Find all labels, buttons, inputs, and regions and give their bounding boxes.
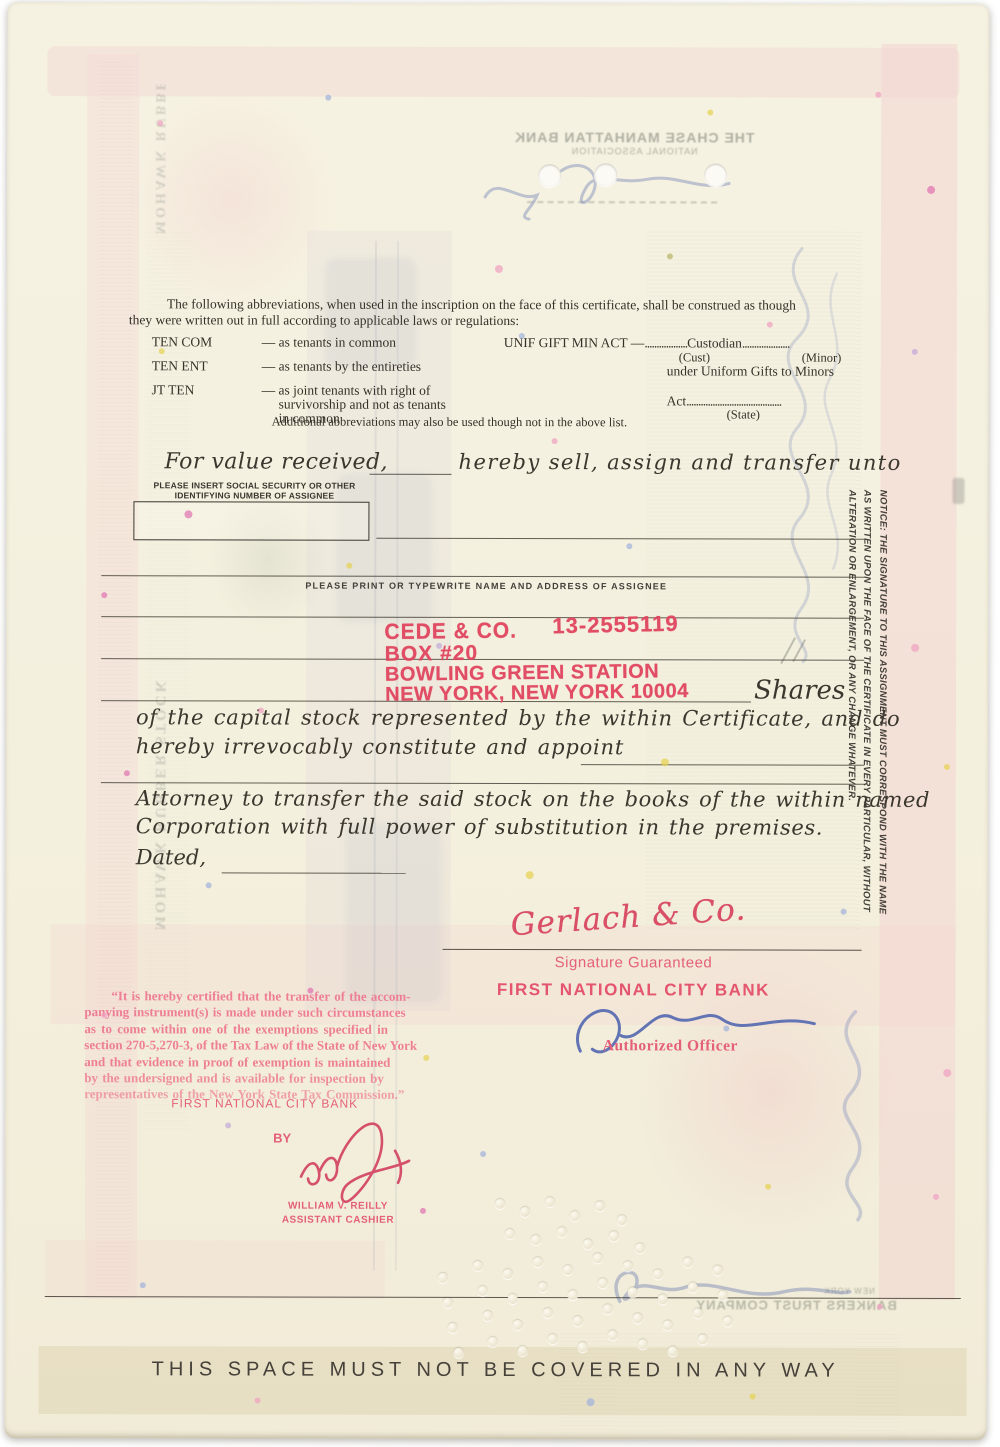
hatch-bottom (560, 1333, 900, 1434)
pink-band-top (47, 46, 959, 98)
abbrev-def-ten-com: — as tenants in common (262, 335, 396, 351)
act-dots: ........................................ (686, 393, 781, 408)
abbrev-term-ten-com: TEN COM (152, 334, 212, 350)
speckle (750, 1394, 756, 1400)
punch-hole-3 (704, 163, 727, 186)
embossed-perforation-dot (513, 1320, 523, 1330)
speckle (626, 543, 632, 549)
tax-stamp-line-4: section 270-5,270-3, of the Tax Law of t… (84, 1037, 417, 1054)
tax-stamp-bank-name: FIRST NATIONAL CITY BANK (171, 1096, 358, 1110)
intro-line-1: The following abbreviations, when used i… (167, 296, 796, 313)
assignee-line-4[interactable] (101, 658, 864, 661)
speckle (912, 349, 918, 355)
embossed-perforation-dot (443, 1298, 453, 1308)
attorney-line-1: Attorney to transfer the said stock on t… (136, 786, 930, 812)
embossed-perforation-dot (633, 1313, 643, 1323)
unif-custodian-label: Custodian (687, 335, 742, 350)
assignee-line-1[interactable] (376, 538, 864, 540)
unif-gift-line: UNIF GIFT MIN ACT —..................Cus… (504, 335, 790, 352)
act-line: Act.....................................… (667, 393, 782, 409)
ssn-input-box[interactable] (133, 501, 369, 540)
speckle (346, 563, 352, 569)
print-typewrite-label: PLEASE PRINT OR TYPEWRITE NAME AND ADDRE… (296, 581, 676, 592)
dated-fill-line[interactable] (222, 872, 406, 873)
hatch-left-border (97, 62, 134, 1292)
speckle (943, 1069, 951, 1077)
embossed-perforation-dot (635, 1243, 645, 1253)
additional-abbrev-line: Additional abbreviations may also be use… (272, 415, 628, 431)
cashier-title: ASSISTANT CASHIER (263, 1215, 413, 1226)
notice-line-3: ALTERATION OR ENLARGEMENT, OR ANY CHANGE… (843, 490, 859, 910)
tax-stamp-line-3: as to come within one of the exemptions … (84, 1021, 388, 1038)
capital-stock-line-1: of the capital stock represented by the … (136, 705, 900, 731)
shares-label: Shares (754, 676, 845, 706)
embossed-perforation-dot (503, 1269, 513, 1279)
tax-stamp-line-2: panying instrument(s) is made under such… (84, 1004, 405, 1021)
embossed-perforation-dot (595, 1201, 605, 1211)
certificate-back-page: THE CHASE MANHATTAN BANK NATIONAL ASSOCI… (4, 2, 989, 1440)
speckle (707, 109, 713, 115)
act-label: Act (667, 393, 687, 408)
cashier-signature (291, 1111, 441, 1211)
embossed-perforation-dot (543, 1308, 553, 1318)
unif-gift-label: UNIF GIFT MIN ACT — (504, 335, 645, 350)
notice-line-2: AS WRITTEN UPON THE FACE OF THE CERTIFIC… (859, 490, 875, 910)
authorized-officer-label: Authorized Officer (535, 1037, 805, 1056)
embossed-perforation-dot (533, 1257, 543, 1267)
embossed-perforation-dot (473, 1261, 483, 1271)
abbrev-def-ten-ent: — as tenants by the entireties (262, 359, 421, 375)
speckle (206, 882, 212, 888)
notice-line-1: NOTICE: THE SIGNATURE TO THIS ASSIGNMENT… (874, 490, 890, 910)
speckle (225, 1122, 231, 1128)
dated-label: Dated, (136, 845, 206, 869)
embossed-perforation-dot (454, 1348, 464, 1358)
cede-stamp-number: 13-2555119 (552, 611, 679, 640)
speckle (480, 1151, 486, 1157)
embossed-perforation-dot (578, 1342, 588, 1352)
speckle (587, 1398, 595, 1406)
embossed-perforation-dot (520, 1207, 530, 1217)
tax-stamp-line-5: and that evidence in proof of exemption … (84, 1054, 390, 1071)
assignee-line-2[interactable] (101, 575, 864, 578)
embossed-perforation-dot (545, 1197, 555, 1207)
attorney-line-2: Corporation with full power of substitut… (136, 814, 823, 839)
embossed-perforation-dot (548, 1334, 558, 1344)
embossed-perforation-dot (609, 1231, 619, 1241)
embossed-perforation-dot (495, 1199, 505, 1209)
speckle (765, 1184, 771, 1190)
speckle (325, 95, 331, 101)
footer-warning-text: THIS SPACE MUST NOT BE COVERED IN ANY WA… (5, 1358, 987, 1383)
ssn-label-1: PLEASE INSERT SOCIAL SECURITY OR OTHER (133, 480, 375, 491)
ghost-chase-bank-line: THE CHASE MANHATTAN BANK (469, 129, 799, 146)
capital-stock-line-2: hereby irrevocably constitute and appoin… (136, 734, 624, 759)
embossed-perforation-dot (608, 1330, 618, 1340)
appoint-fill-line[interactable] (581, 764, 864, 766)
embossed-perforation-dot (663, 1320, 673, 1330)
embossed-perforation-dot (448, 1323, 458, 1333)
paper-speckles-layer (8, 2, 990, 4)
speckle (101, 592, 107, 598)
embossed-perforation-dot (531, 1235, 541, 1245)
edge-notch (952, 478, 964, 504)
speckle (667, 253, 673, 259)
embossed-perforation-dot (638, 1339, 648, 1349)
guarantor-signature: Gerlach & Co. (510, 891, 748, 943)
speckle (933, 1194, 939, 1200)
hereby-sell-text: hereby sell, assign and transfer unto (459, 450, 902, 475)
cede-stamp-city: NEW YORK, NEW YORK 10004 (385, 680, 689, 707)
ghost-vertical-text-bottom: MOHAWK RUBBER STOCK (151, 612, 169, 930)
embossed-perforation-dot (570, 1211, 580, 1221)
tax-stamp-line-6: by the undersigned and is available for … (84, 1070, 384, 1087)
speckle (423, 1055, 429, 1061)
tax-stamp-line-1: “It is hereby certified that the transfe… (111, 988, 410, 1005)
speckle (927, 186, 935, 194)
cashier-name: WILLIAM V. REILLY (263, 1201, 413, 1212)
embossed-perforation-dot (557, 1227, 567, 1237)
fill-in-line-short[interactable] (370, 474, 452, 475)
ssn-label-2: IDENTIFYING NUMBER OF ASSIGNEE (133, 490, 375, 501)
embossed-perforation-dot (518, 1346, 528, 1356)
speckle (140, 1282, 146, 1288)
embossed-perforation-dot (508, 1294, 518, 1304)
embossed-perforation-dot (483, 1311, 493, 1321)
ghost-chase-bank-text: THE CHASE MANHATTAN BANK (514, 129, 755, 146)
punch-hole-1 (538, 164, 561, 187)
embossed-perforation-dot (573, 1316, 583, 1326)
attorney-fill-line[interactable] (101, 782, 864, 785)
embossed-perforation-dot (617, 1215, 627, 1225)
speckle (944, 764, 950, 770)
guarantee-signature-line[interactable] (443, 949, 862, 951)
embossed-perforation-dot (723, 1316, 733, 1326)
signature-guaranteed-label: Signature Guaranteed (483, 954, 783, 972)
speckle (124, 770, 130, 776)
unif-dots-2: .................... (742, 336, 790, 351)
embossed-perforation-dot (488, 1337, 498, 1347)
speckle (552, 438, 558, 444)
intro-line-2: they were written out in full according … (129, 312, 519, 329)
by-label: BY (273, 1131, 291, 1146)
embossed-perforation-dot (583, 1239, 593, 1249)
speckle (526, 871, 534, 879)
abbrev-term-ten-ent: TEN ENT (152, 358, 208, 374)
pink-band-left (85, 54, 140, 1298)
pink-band-bottom-left (45, 1240, 385, 1299)
ghost-vertical-text-top-label: MOHAWK RUBBER STOCK (152, 84, 167, 234)
ghost-signature-bottom-center (545, 1261, 855, 1310)
embossed-perforation-dot (698, 1334, 708, 1344)
act-state-label: (State) (727, 407, 760, 422)
unif-under-label: under Uniform Gifts to Minors (667, 363, 834, 379)
embossed-perforation-dot (438, 1273, 448, 1283)
speckle (495, 265, 503, 273)
notice-vertical-text: NOTICE: THE SIGNATURE TO THIS ASSIGNMENT… (843, 490, 890, 910)
embossed-perforation-dot (668, 1346, 678, 1356)
ghost-vertical-text-top: MOHAWK RUBBER STOCK (151, 84, 167, 234)
speckle (255, 1397, 261, 1403)
for-value-received: For value received, (165, 449, 389, 474)
speckle (875, 92, 881, 98)
embossed-perforation-dot (505, 1229, 515, 1239)
abbrev-term-jt-ten: JT TEN (152, 382, 195, 398)
embossed-perforation-dot (478, 1286, 488, 1296)
speckle (911, 644, 919, 652)
ghost-letter-blob-3 (345, 823, 441, 1003)
unif-dots-1: .................. (644, 335, 687, 350)
punch-hole-2 (594, 163, 617, 186)
